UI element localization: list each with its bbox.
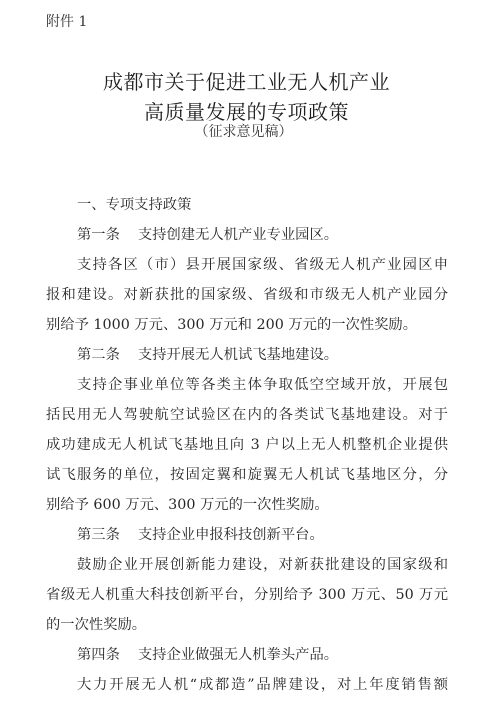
section-heading: 一、专项支持政策: [46, 190, 448, 220]
paragraph-line: 支持各区（市）县开展国家级、省级无人机产业园区申: [46, 250, 448, 280]
attachment-label: 附件 1: [46, 13, 87, 31]
article-title: 支持创建无人机产业专业园区。: [138, 227, 338, 243]
article-title: 支持企业做强无人机拳头产品。: [138, 647, 338, 663]
paragraph-line: 成功建成无人机试飞基地且向 3 户以上无人机整机企业提供: [46, 430, 448, 460]
article-number: 第四条: [77, 640, 120, 670]
paragraph-line: 省级无人机重大科技创新平台，分别给予 300 万元、50 万元: [46, 580, 448, 610]
article-4-heading: 第四条支持企业做强无人机拳头产品。: [46, 640, 448, 670]
paragraph-line: 别给予 1000 万元、300 万元和 200 万元的一次性奖励。: [46, 310, 448, 340]
article-number: 第一条: [77, 220, 120, 250]
article-title: 支持开展无人机试飞基地建设。: [138, 347, 338, 363]
paragraph-line: 别给予 600 万元、300 万元的一次性奖励。: [46, 490, 448, 520]
paragraph-line: 鼓励企业开展创新能力建设，对新获批建设的国家级和: [46, 550, 448, 580]
paragraph-line: 报和建设。对新获批的国家级、省级和市级无人机产业园分: [46, 280, 448, 310]
article-title: 支持企业申报科技创新平台。: [138, 527, 324, 543]
article-1-heading: 第一条支持创建无人机产业专业园区。: [46, 220, 448, 250]
paragraph-line: 支持企事业单位等各类主体争取低空空域开放，开展包: [46, 370, 448, 400]
paragraph-line: 大力开展无人机“成都造”品牌建设，对上年度销售额: [46, 670, 448, 700]
article-number: 第三条: [77, 520, 120, 550]
paragraph-line: 试飞服务的单位，按固定翼和旋翼无人机试飞基地区分，分: [46, 460, 448, 490]
article-3-heading: 第三条支持企业申报科技创新平台。: [46, 520, 448, 550]
article-number: 第二条: [77, 340, 120, 370]
document-title-line-1: 成都市关于促进工业无人机产业: [3, 69, 487, 95]
paragraph-line: 的一次性奖励。: [46, 610, 448, 640]
document-body: 一、专项支持政策 第一条支持创建无人机产业专业园区。 支持各区（市）县开展国家级…: [46, 190, 448, 700]
article-2-heading: 第二条支持开展无人机试飞基地建设。: [46, 340, 448, 370]
paragraph-line: 括民用无人驾驶航空试验区在内的各类试飞基地建设。对于: [46, 400, 448, 430]
document-subtitle: （征求意见稿）: [0, 122, 487, 142]
document-page: 附件 1 成都市关于促进工业无人机产业 高质量发展的专项政策 （征求意见稿） 一…: [0, 0, 487, 727]
